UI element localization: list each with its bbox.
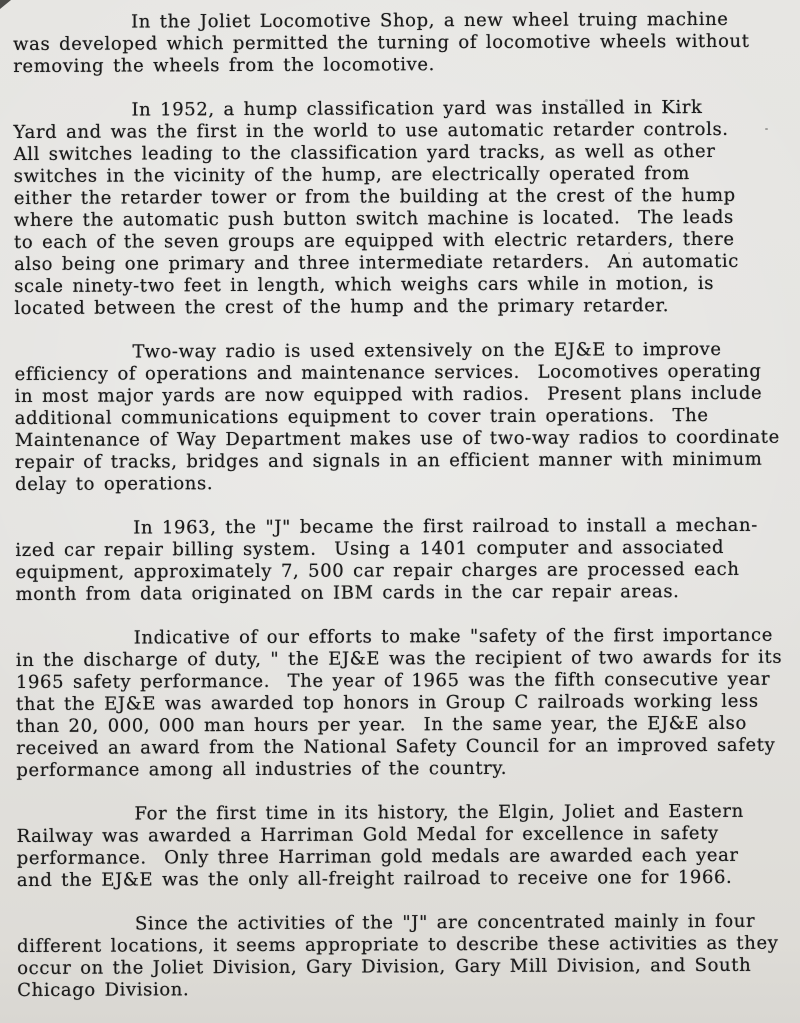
text-line: performance among all industries of the … bbox=[16, 757, 797, 782]
text-line: delay to operations. bbox=[15, 471, 796, 496]
paragraph-safety-awards: Indicative of our efforts to make "safet… bbox=[16, 625, 798, 782]
text-line: month from data originated on IBM cards … bbox=[15, 581, 796, 606]
paragraph-harriman-medal: For the first time in its history, the E… bbox=[16, 801, 797, 892]
document-page: In the Joliet Locomotive Shop, a new whe… bbox=[0, 0, 800, 1023]
document-text: In the Joliet Locomotive Shop, a new whe… bbox=[13, 9, 798, 1023]
text-line: removing the wheels from the locomotive. bbox=[13, 53, 794, 78]
text-line: repair of tracks, bridges and signals in… bbox=[15, 449, 796, 474]
text-line: Chicago Division. bbox=[17, 977, 798, 1002]
text-line: received an award from the National Safe… bbox=[16, 735, 797, 760]
text-line: located between the crest of the hump an… bbox=[14, 295, 795, 320]
paragraph-hump-yard: In 1952, a hump classification yard was … bbox=[13, 97, 795, 320]
text-line: was developed which permitted the turnin… bbox=[13, 31, 794, 56]
paragraph-divisions: Since the activities of the "J" are conc… bbox=[17, 911, 798, 1002]
scan-artifact-corner bbox=[0, 0, 11, 9]
text-line: occur on the Joliet Division, Gary Divis… bbox=[17, 955, 798, 980]
paragraph-two-way-radio: Two-way radio is used extensively on the… bbox=[14, 339, 796, 496]
paragraph-wheel-truing: In the Joliet Locomotive Shop, a new whe… bbox=[13, 9, 794, 78]
text-line: scale ninety-two feet in length, which w… bbox=[14, 273, 795, 298]
text-line: and the EJ&E was the only all-freight ra… bbox=[17, 867, 798, 892]
paragraph-billing-system: In 1963, the "J" became the first railro… bbox=[15, 515, 796, 606]
